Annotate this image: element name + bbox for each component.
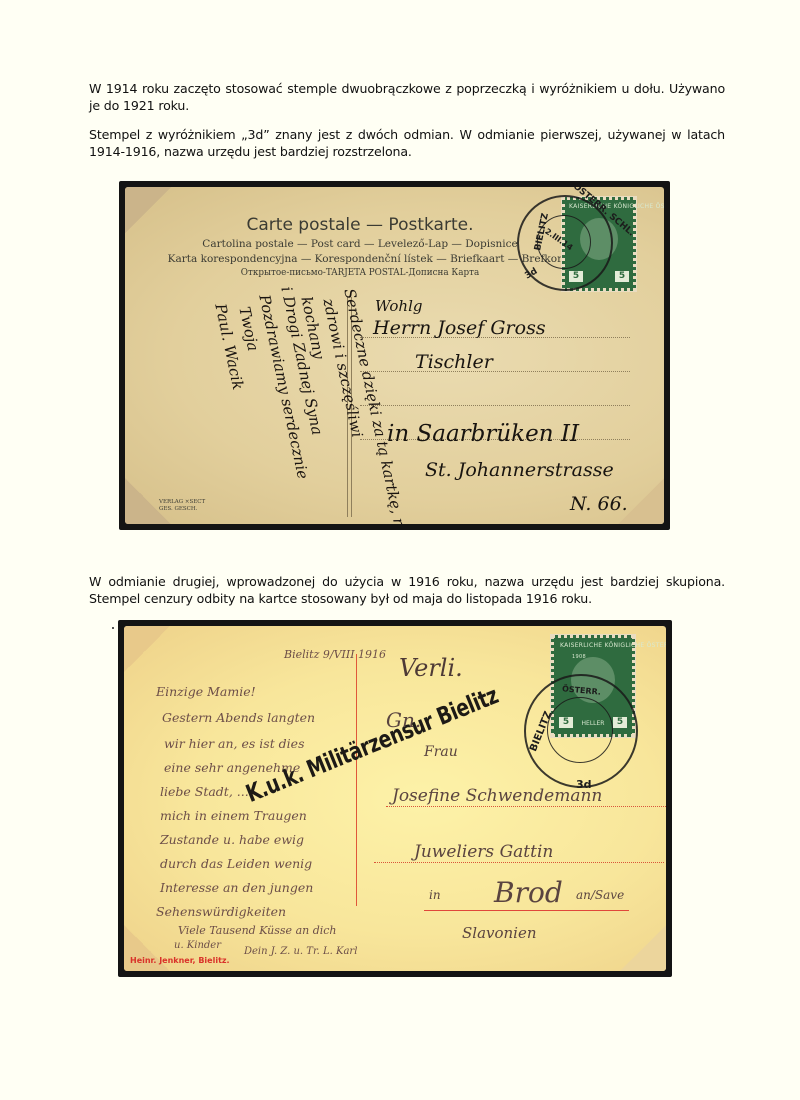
page-speck xyxy=(112,627,114,629)
address-street: St. Johannerstrasse xyxy=(425,459,614,481)
handwritten-message-line: Interesse an den jungen xyxy=(160,880,313,895)
handwritten-message-line: u. Kinder xyxy=(174,940,221,951)
postmark-code: 3d xyxy=(576,778,592,791)
handwritten-message-line: liebe Stadt, ... xyxy=(160,784,249,799)
stamp-inscription: KAISERLICHE KÖNIGLICHE ÖSTERREICHISCHE xyxy=(560,642,666,649)
address-occupation: Juweliers Gattin xyxy=(414,842,553,862)
address-occupation: Tischler xyxy=(415,351,493,373)
address-line xyxy=(386,806,666,807)
postcard-2-mount: Bielitz 9/VIII 1916 Einzige Mamie! Geste… xyxy=(118,620,672,977)
address-river: an/Save xyxy=(576,888,624,902)
address-underline xyxy=(424,910,629,911)
variant-two-paragraph: W odmianie drugiej, wprowadzonej do użyc… xyxy=(89,573,725,607)
handwritten-message-line: Einzige Mamie! xyxy=(156,684,256,699)
address-number: N. 66. xyxy=(570,493,628,515)
message-address-divider xyxy=(356,654,357,906)
handwritten-message-line: Viele Tausend Küsse an dich xyxy=(178,924,337,937)
publisher-line: GES. GESCH. xyxy=(159,506,205,513)
handwritten-message-line: Zustande u. habe ewig xyxy=(160,832,304,847)
postmark-inner-ring xyxy=(547,697,613,763)
stamp-year: 1908 xyxy=(572,654,586,660)
photo-corner xyxy=(620,925,666,971)
publisher-imprint: VERLAG ×SECT GES. GESCH. xyxy=(159,499,205,513)
address-line xyxy=(374,862,664,863)
address-recipient: Herrn Josef Gross xyxy=(373,317,546,339)
handwritten-signature: Dein J. Z. u. Tr. L. Karl xyxy=(244,946,357,957)
address-city: Brod xyxy=(494,876,563,909)
photo-corner xyxy=(124,626,170,672)
address-line xyxy=(360,371,630,372)
handwritten-message-line: wir hier an, es ist dies xyxy=(164,736,305,751)
publisher-line: VERLAG ×SECT xyxy=(159,499,205,506)
address-recipient: Josefine Schwendemann xyxy=(392,786,602,806)
handwritten-message-line: Gestern Abends langten xyxy=(162,710,315,725)
intro-paragraph: W 1914 roku zaczęto stosować stemple dwu… xyxy=(89,80,725,114)
place-date: Bielitz 9/VIII 1916 xyxy=(284,648,386,661)
postcard-1: Carte postale — Postkarte. Cartolina pos… xyxy=(125,187,664,524)
address-salutation: Gn. xyxy=(386,708,421,732)
address-line xyxy=(360,405,630,406)
handwritten-message-line: durch das Leiden wenig xyxy=(160,856,312,871)
postcard-1-mount: Carte postale — Postkarte. Cartolina pos… xyxy=(119,181,670,530)
address-region: Slavonien xyxy=(462,924,537,942)
variant-one-paragraph: Stempel z wyróżnikiem „3d” znany jest z … xyxy=(89,126,725,160)
handwritten-message-line: mich in einem Traugen xyxy=(160,808,307,823)
address-title: Frau xyxy=(424,744,458,760)
censor-note: Verli. xyxy=(399,654,463,682)
address-city: in Saarbrüken II xyxy=(387,421,579,447)
address-salutation: Wohlg xyxy=(375,297,423,315)
handwritten-message-line: Sehenswürdigkeiten xyxy=(156,904,286,919)
publisher-imprint: Heinr. Jenkner, Bielitz. xyxy=(130,956,230,965)
postcard-2: Bielitz 9/VIII 1916 Einzige Mamie! Geste… xyxy=(124,626,666,971)
address-preposition: in xyxy=(429,888,441,902)
stamp-value: 5 xyxy=(615,271,629,282)
